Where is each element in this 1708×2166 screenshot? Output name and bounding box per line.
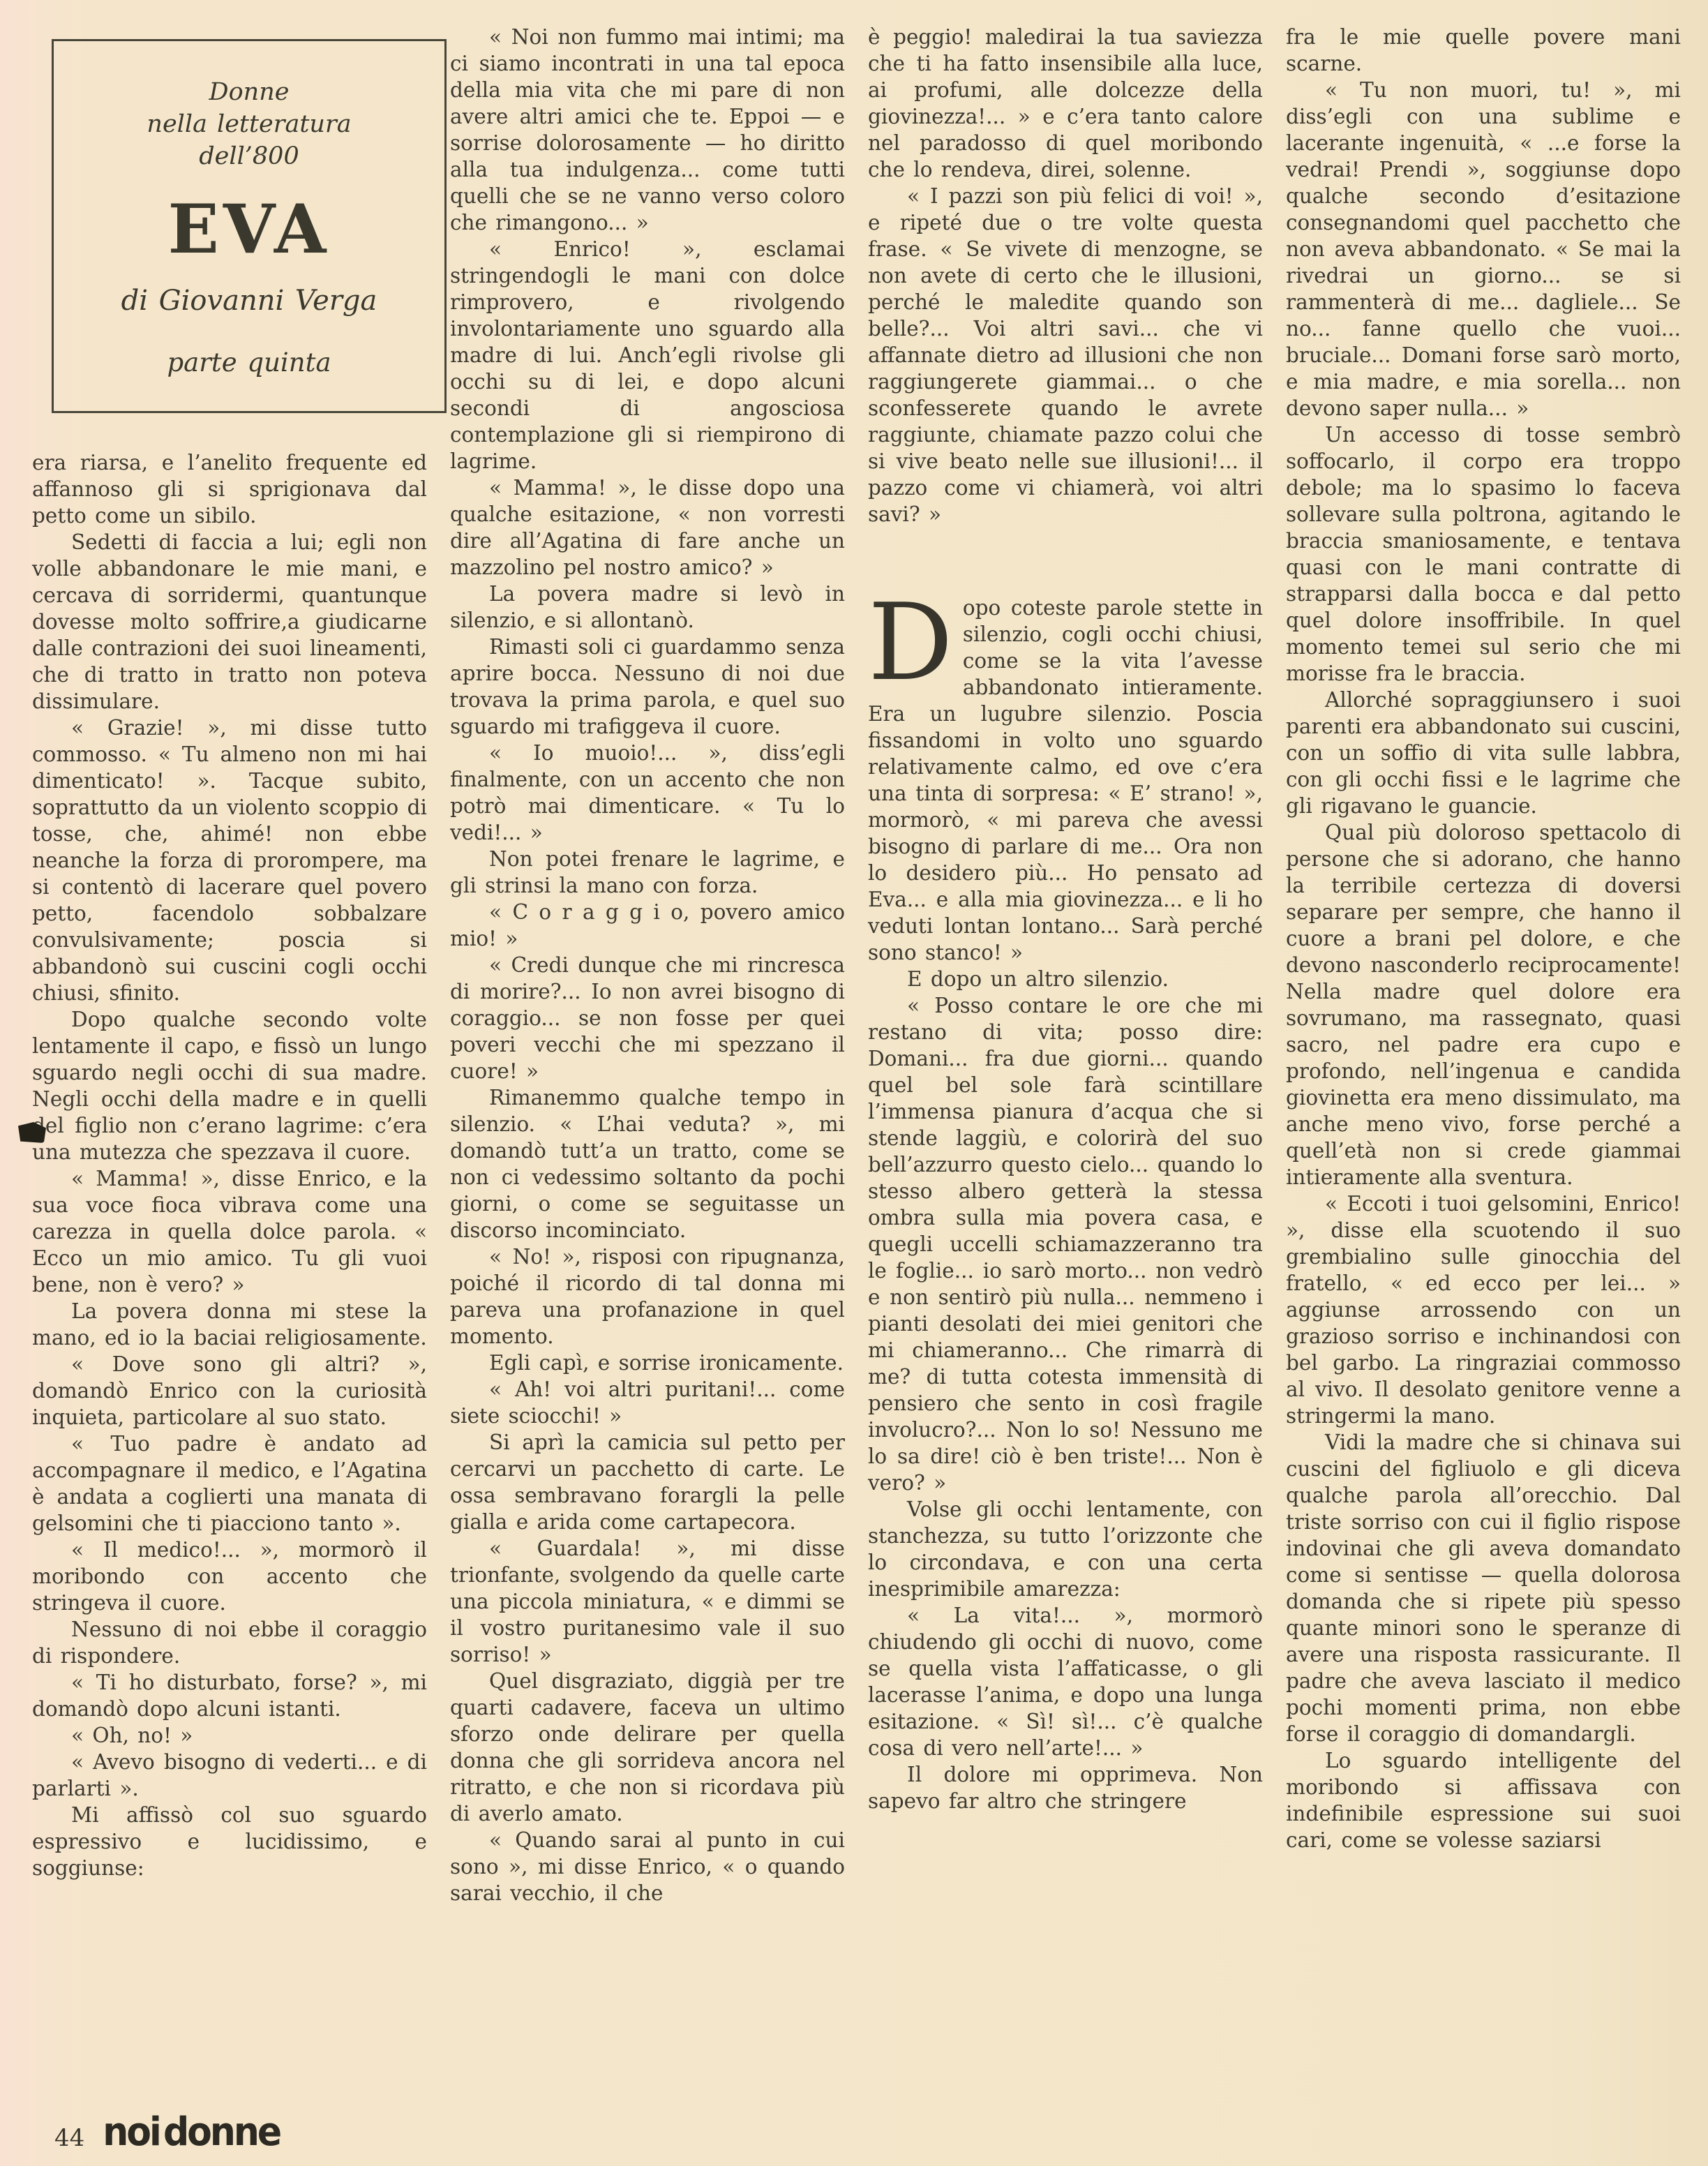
paragraph: « I pazzi son più felici di voi! », e ri… [868, 183, 1263, 528]
paragraph: La povera madre si levò in silenzio, e s… [450, 581, 845, 634]
paragraph: fra le mie quelle povere mani scarne. [1286, 24, 1681, 77]
paragraph: è peggio! maledirai la tua saviezza che … [868, 24, 1263, 183]
series-title-line: Donne [209, 76, 290, 108]
paragraph: Qual più doloroso spettacolo di persone … [1286, 819, 1681, 1190]
paragraph: « Il medico!... », mormorò il moribondo … [32, 1537, 427, 1616]
magazine-logo: noi donne [103, 2109, 280, 2155]
paragraph: « Enrico! », esclamai stringendogli le m… [450, 236, 845, 475]
paragraph: Non potei frenare le lagrime, e gli stri… [450, 846, 845, 899]
paragraph: « Quando sarai al punto in cui sono », m… [450, 1827, 845, 1906]
paragraph: Rimasti soli ci guardammo senza aprire b… [450, 634, 845, 740]
paragraph: Rimanemmo qualche tempo in silenzio. « L… [450, 1084, 845, 1243]
paragraph: E dopo un altro silenzio. [868, 966, 1263, 992]
paragraph: « Ah! voi altri puritani!... come siete … [450, 1376, 845, 1429]
magazine-page: Donne nella letteratura dell’800 EVA di … [0, 0, 1708, 2166]
column-4: fra le mie quelle povere mani scarne.« T… [1286, 24, 1681, 2117]
paragraph: Nessuno di noi ebbe il coraggio di rispo… [32, 1616, 427, 1669]
paragraph: « Credi dunque che mi rincresca di morir… [450, 952, 845, 1084]
paragraph: Dopo qualche secondo volte lentamente il… [32, 1006, 427, 1165]
page-number: 44 [54, 2124, 84, 2152]
column-1: Donne nella letteratura dell’800 EVA di … [32, 24, 427, 2117]
article-author: di Giovanni Verga [121, 284, 377, 318]
column-4-text: fra le mie quelle povere mani scarne.« T… [1286, 24, 1681, 1853]
article-part-label: parte quinta [167, 350, 331, 376]
paragraph: Volse gli occhi lentamente, con stanchez… [868, 1496, 1263, 1602]
paragraph: era riarsa, e l’anelito frequente ed aff… [32, 449, 427, 529]
paragraph: « Grazie! », mi disse tutto commosso. « … [32, 715, 427, 1006]
paragraph: « Posso contare le ore che mi restano di… [868, 992, 1263, 1496]
paragraph: Quel disgraziato, diggià per tre quarti … [450, 1668, 845, 1827]
column-3: è peggio! maledirai la tua saviezza che … [868, 24, 1263, 2117]
paragraph: Dopo coteste parole stette in silenzio, … [868, 595, 1263, 966]
article-title: EVA [168, 196, 331, 263]
page-footer: 44 noi donne [54, 2113, 280, 2155]
paragraph: « Mamma! », le disse dopo una qualche es… [450, 475, 845, 581]
column-1-text: era riarsa, e l’anelito frequente ed aff… [32, 449, 427, 1881]
paragraph: Vidi la madre che si chinava sui cuscini… [1286, 1429, 1681, 1747]
paragraph: « Tu non muori, tu! », mi diss’egli con … [1286, 77, 1681, 421]
paragraph: « Oh, no! » [32, 1722, 427, 1749]
paragraph: « Ti ho disturbato, forse? », mi domandò… [32, 1669, 427, 1722]
paragraph: Allorché sopraggiunsero i suoi parenti e… [1286, 687, 1681, 819]
text-columns: Donne nella letteratura dell’800 EVA di … [32, 24, 1681, 2117]
column-2-text: « Noi non fummo mai intimi; ma ci siamo … [450, 24, 845, 1906]
series-title-line: nella letteratura [147, 108, 351, 140]
paragraph: « Mamma! », disse Enrico, e la sua voce … [32, 1165, 427, 1298]
paragraph: Egli capì, e sorrise ironicamente. [450, 1350, 845, 1376]
paragraph: « Noi non fummo mai intimi; ma ci siamo … [450, 24, 845, 236]
paragraph: « Guardala! », mi disse trionfante, svol… [450, 1535, 845, 1668]
paragraph: Lo sguardo intelligente del moribondo si… [1286, 1747, 1681, 1853]
paragraph: Mi affissò col suo sguardo espressivo e … [32, 1802, 427, 1881]
paragraph: La povera donna mi stese la mano, ed io … [32, 1298, 427, 1351]
paragraph: Un accesso di tosse sembrò soffocarlo, i… [1286, 421, 1681, 687]
paragraph: « Avevo bisogno di vederti... e di parla… [32, 1749, 427, 1802]
paragraph: « No! », risposi con ripugnanza, poiché … [450, 1243, 845, 1350]
dropcap-letter: D [868, 595, 963, 685]
paragraph: « Dove sono gli altri? », domandò Enrico… [32, 1351, 427, 1431]
paragraph: « Eccoti i tuoi gelsomini, Enrico! », di… [1286, 1190, 1681, 1429]
article-title-box: Donne nella letteratura dell’800 EVA di … [52, 39, 447, 413]
paragraph: « Io muoio!... », diss’egli finalmente, … [450, 740, 845, 846]
paragraph: « Tuo padre è andato ad accompagnare il … [32, 1431, 427, 1537]
column-3-text: è peggio! maledirai la tua saviezza che … [868, 24, 1263, 1814]
column-2: « Noi non fummo mai intimi; ma ci siamo … [450, 24, 845, 2117]
series-title-line: dell’800 [199, 140, 299, 172]
paragraph: Sedetti di faccia a lui; egli non volle … [32, 529, 427, 715]
paragraph: « La vita!... », mormorò chiudendo gli o… [868, 1602, 1263, 1761]
paragraph: Il dolore mi opprimeva. Non sapevo far a… [868, 1761, 1263, 1814]
paragraph: Si aprì la camicia sul petto per cercarv… [450, 1429, 845, 1535]
paragraph: « C o r a g g i o, povero amico mio! » [450, 899, 845, 952]
